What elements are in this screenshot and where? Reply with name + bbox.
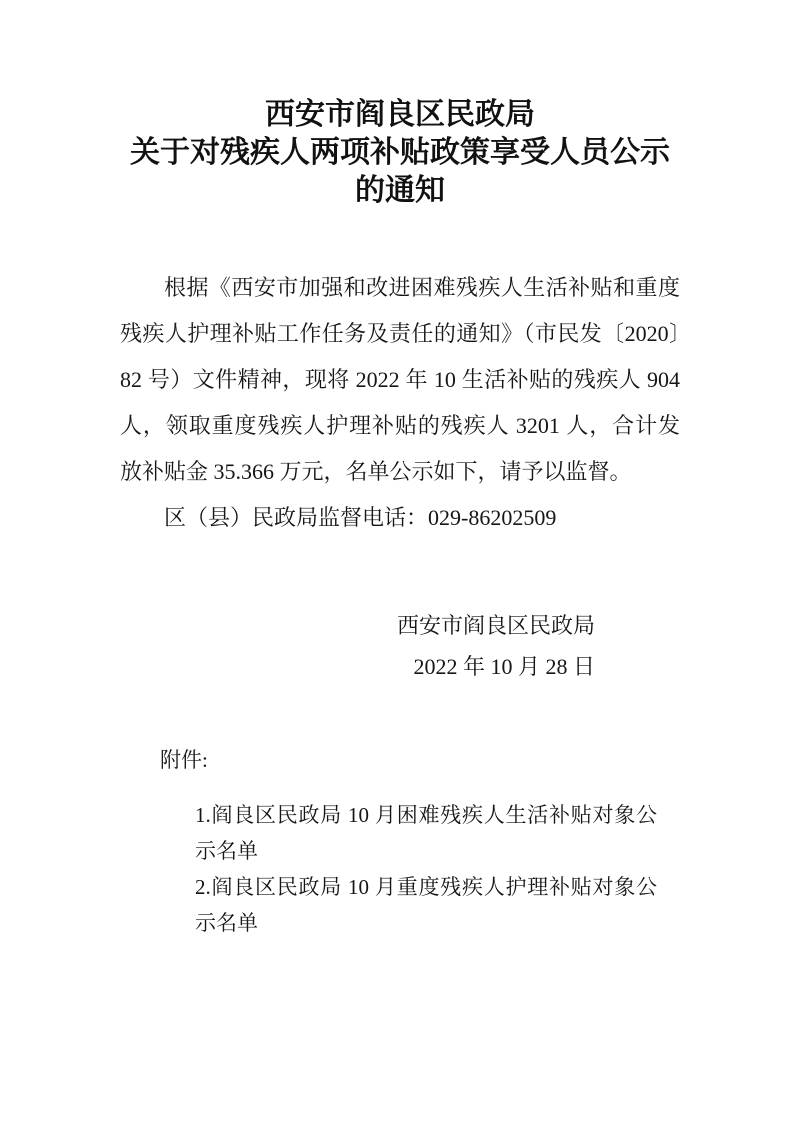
supervision-phone-line: 区（县）民政局监督电话：029-86202509: [120, 495, 680, 541]
body-paragraph: 根据《西安市加强和改进困难残疾人生活补贴和重度残疾人护理补贴工作任务及责任的通知…: [120, 265, 680, 495]
document-title: 西安市阎良区民政局 关于对残疾人两项补贴政策享受人员公示 的通知: [120, 96, 680, 210]
attachments-section: 附件: 1.阎良区民政局 10 月困难残疾人生活补贴对象公示名单 2.阎良区民政…: [120, 745, 680, 941]
signature-block: 西安市阎良区民政局 2022 年 10 月 28 日: [120, 605, 680, 687]
document-title-line2: 关于对残疾人两项补贴政策享受人员公示: [120, 134, 680, 172]
signature-org: 西安市阎良区民政局: [120, 605, 595, 646]
document-title-line3: 的通知: [120, 172, 680, 210]
document-page: 西安市阎良区民政局 关于对残疾人两项补贴政策享受人员公示 的通知 根据《西安市加…: [0, 0, 800, 1131]
attachment-list: 1.阎良区民政局 10 月困难残疾人生活补贴对象公示名单 2.阎良区民政局 10…: [195, 797, 657, 941]
attachments-label: 附件:: [160, 745, 680, 775]
attachment-item: 1.阎良区民政局 10 月困难残疾人生活补贴对象公示名单: [195, 797, 657, 869]
document-title-line1: 西安市阎良区民政局: [120, 96, 680, 134]
signature-date: 2022 年 10 月 28 日: [120, 646, 595, 687]
attachment-item: 2.阎良区民政局 10 月重度残疾人护理补贴对象公示名单: [195, 869, 657, 941]
document-body: 根据《西安市加强和改进困难残疾人生活补贴和重度残疾人护理补贴工作任务及责任的通知…: [120, 265, 680, 541]
